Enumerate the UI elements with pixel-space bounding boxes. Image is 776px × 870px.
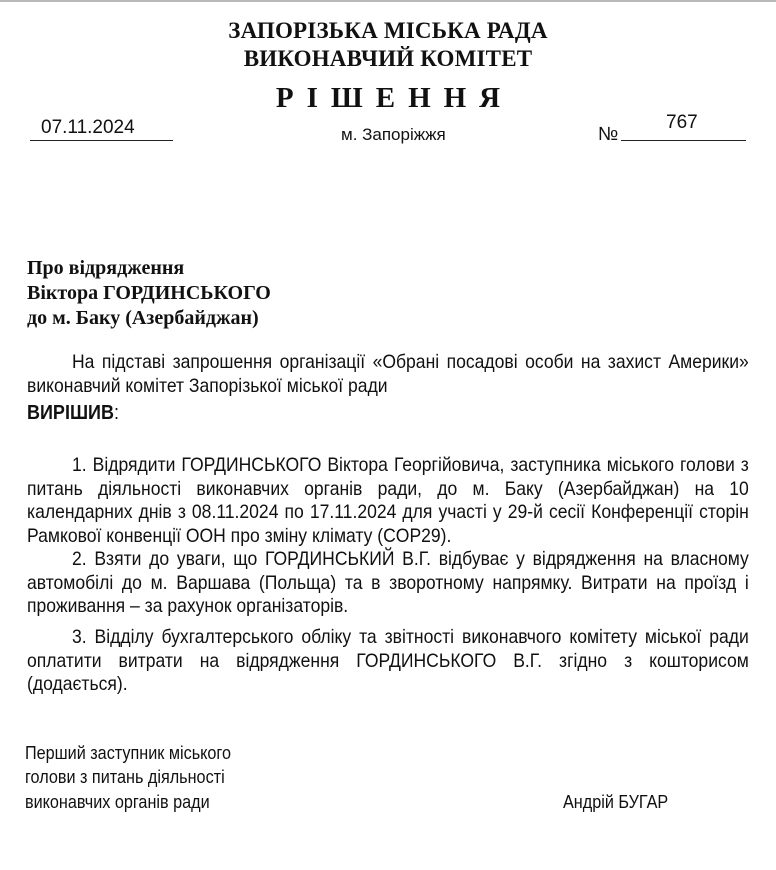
signer-position-line-3: виконавчих органів ради xyxy=(25,792,210,813)
resolved-colon: : xyxy=(114,402,119,424)
item-text: 2. Взяти до уваги, що ГОРДИНСЬКИЙ В.Г. в… xyxy=(27,548,749,617)
decision-item-2: 2. Взяти до уваги, що ГОРДИНСЬКИЙ В.Г. в… xyxy=(27,548,749,619)
resolved-label: ВИРІШИВ xyxy=(27,402,114,424)
number-underline xyxy=(621,140,746,141)
subject-line-1: Про відрядження xyxy=(27,257,184,280)
signer-position-line-2: голови з питань діяльності xyxy=(25,767,225,788)
intro-text: На підставі запрошення організації «Обра… xyxy=(27,351,749,397)
signer-position-line-1: Перший заступник міського xyxy=(25,743,231,764)
item-text: 1. Відрядити ГОРДИНСЬКОГО Віктора Георгі… xyxy=(27,454,749,547)
council-name: ЗАПОРІЗЬКА МІСЬКА РАДА xyxy=(0,18,776,44)
city-name: м. Запоріжжя xyxy=(341,125,446,145)
document-title: РІШЕННЯ xyxy=(0,82,776,115)
number-sign: № xyxy=(598,124,618,146)
decision-date: 07.11.2024 xyxy=(41,117,135,139)
intro-paragraph: На підставі запрошення організації «Обра… xyxy=(27,351,749,398)
resolved-heading: ВИРІШИВ: xyxy=(27,402,119,425)
decision-number: 767 xyxy=(666,112,698,134)
decision-item-1: 1. Відрядити ГОРДИНСЬКОГО Віктора Георгі… xyxy=(27,454,749,548)
subject-line-2: Віктора ГОРДИНСЬКОГО xyxy=(27,282,271,305)
date-underline xyxy=(30,140,173,141)
subject-line-3: до м. Баку (Азербайджан) xyxy=(27,307,259,330)
item-text: 3. Відділу бухгалтерського обліку та зві… xyxy=(27,626,749,695)
signer-name: Андрій БУГАР xyxy=(563,792,668,813)
committee-name: ВИКОНАВЧИЙ КОМІТЕТ xyxy=(0,46,776,72)
decision-item-3: 3. Відділу бухгалтерського обліку та зві… xyxy=(27,626,749,697)
